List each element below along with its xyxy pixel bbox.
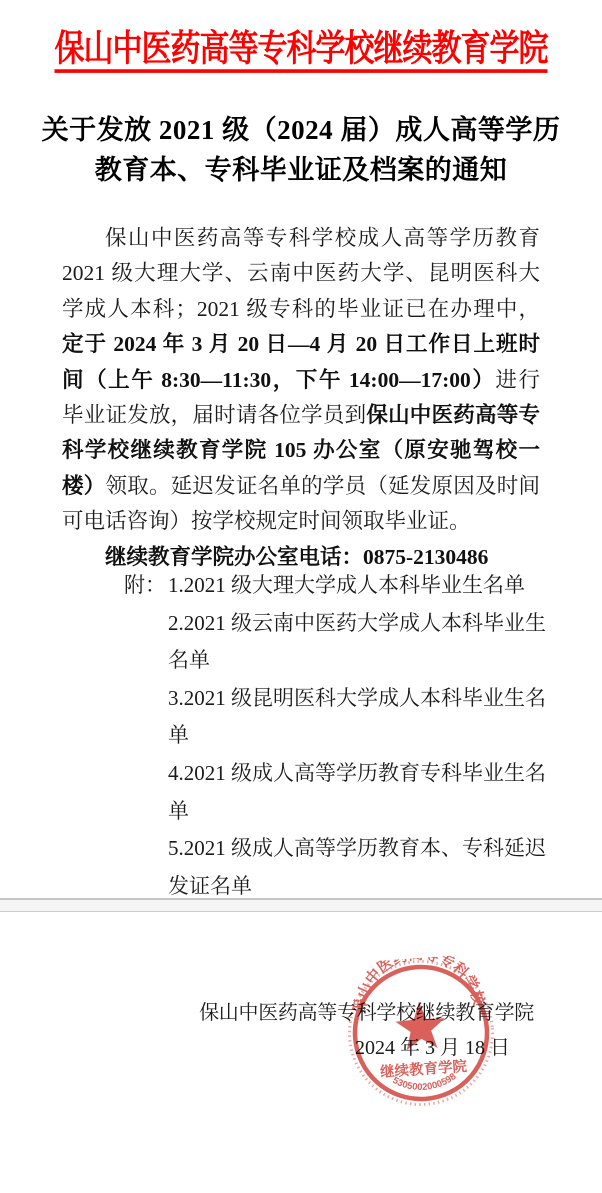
letterhead-text: 保山中医药高等专科学校继续教育学院 xyxy=(55,18,548,72)
body-segment-bold: 定于 2024 年 3 月 20 日—4 月 20 日工作日上班时间（上午 8:… xyxy=(62,332,540,391)
attachment-item: 4.2021 级成人高等学历教育专科毕业生名单 xyxy=(168,755,564,830)
official-seal-stamp: 保山中医药高等专科学校 继续教育学院 5305002000598 xyxy=(341,953,501,1113)
body-segment: 领取。延迟发证名单的学员（延发原因及时间可电话咨询）按学校规定时间领取毕业证。 xyxy=(62,474,540,533)
body-segment: 保山中医药高等专科学校成人高等学历教育 2021 级大理大学、云南中医药大学、昆… xyxy=(62,226,540,321)
body-text: 保山中医药高等专科学校成人高等学历教育 2021 级大理大学、云南中医药大学、昆… xyxy=(62,221,540,575)
attachment-item: 5.2021 级成人高等学历教育本、专科延迟发证名单 xyxy=(168,830,564,905)
attachment-item: 3.2021 级昆明医科大学成人本科毕业生名单 xyxy=(168,680,564,755)
page-break-divider xyxy=(0,898,602,912)
main-paragraph: 保山中医药高等专科学校成人高等学历教育 2021 级大理大学、云南中医药大学、昆… xyxy=(62,221,540,540)
attachment-list: 附： 1.2021 级大理大学成人本科毕业生名单 2.2021 级云南中医药大学… xyxy=(124,567,564,905)
title-line-1: 关于发放 2021 级（2024 届）成人高等学历 xyxy=(0,110,602,150)
document-title: 关于发放 2021 级（2024 届）成人高等学历 教育本、专科毕业证及档案的通… xyxy=(0,110,602,190)
attachment-label: 附： xyxy=(124,567,168,905)
seal-star-icon xyxy=(394,1000,447,1050)
document-page: 保山中医药高等专科学校继续教育学院 关于发放 2021 级（2024 届）成人高… xyxy=(0,0,602,1193)
attachment-item: 2.2021 级云南中医药大学成人本科毕业生名单 xyxy=(168,605,564,680)
letterhead-banner: 保山中医药高等专科学校继续教育学院 xyxy=(0,18,602,62)
seal-ring-text: 保山中医药高等专科学校 xyxy=(346,953,489,1017)
title-line-2: 教育本、专科毕业证及档案的通知 xyxy=(0,150,602,190)
attachment-item: 1.2021 级大理大学成人本科毕业生名单 xyxy=(168,567,564,605)
